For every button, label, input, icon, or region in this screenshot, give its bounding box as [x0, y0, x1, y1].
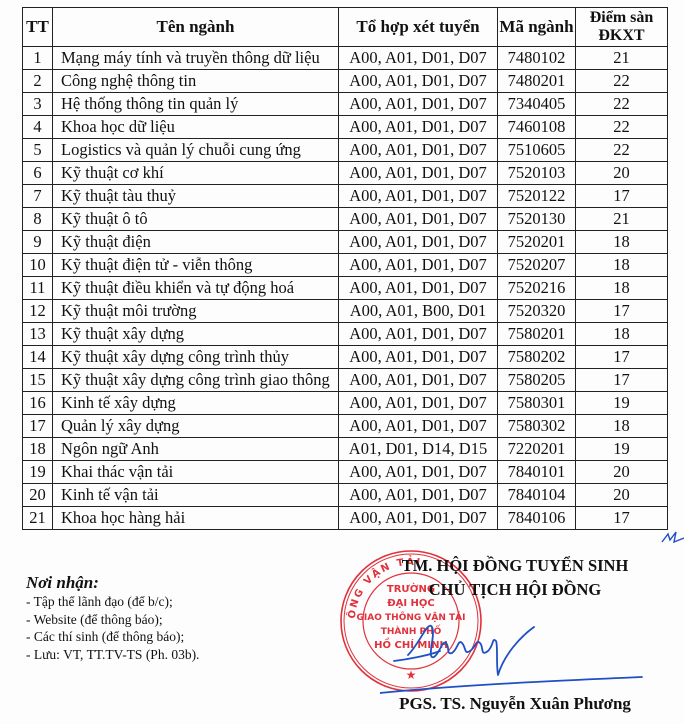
signature-title-line1: TM. HỘI ĐỒNG TUYỂN SINH — [360, 556, 670, 576]
min-score: 20 — [576, 484, 668, 507]
min-score: 17 — [576, 369, 668, 392]
subject-combo: A00, A01, B00, D01 — [339, 300, 498, 323]
major-name: Kỹ thuật xây dựng — [53, 323, 339, 346]
major-name: Kỹ thuật cơ khí — [53, 162, 339, 185]
major-code: 7460108 — [498, 116, 576, 139]
row-index: 9 — [23, 231, 53, 254]
subject-combo: A00, A01, D01, D07 — [339, 323, 498, 346]
recipients-title: Nơi nhận: — [26, 574, 199, 592]
major-name: Kinh tế vận tải — [53, 484, 339, 507]
major-name: Công nghệ thông tin — [53, 70, 339, 93]
min-score: 19 — [576, 392, 668, 415]
major-code: 7480102 — [498, 47, 576, 70]
table-row: 2Công nghệ thông tinA00, A01, D01, D0774… — [23, 70, 668, 93]
major-code: 7520216 — [498, 277, 576, 300]
subject-combo: A00, A01, D01, D07 — [339, 507, 498, 530]
subject-combo: A00, A01, D01, D07 — [339, 415, 498, 438]
header-tt: TT — [23, 8, 53, 47]
major-code: 7840101 — [498, 461, 576, 484]
row-index: 13 — [23, 323, 53, 346]
header-major-name: Tên ngành — [53, 8, 339, 47]
row-index: 16 — [23, 392, 53, 415]
major-code: 7340405 — [498, 93, 576, 116]
row-index: 14 — [23, 346, 53, 369]
table-row: 9Kỹ thuật điệnA00, A01, D01, D0775202011… — [23, 231, 668, 254]
min-score: 17 — [576, 300, 668, 323]
table-row: 10Kỹ thuật điện tử - viễn thôngA00, A01,… — [23, 254, 668, 277]
subject-combo: A00, A01, D01, D07 — [339, 116, 498, 139]
major-code: 7840104 — [498, 484, 576, 507]
min-score: 20 — [576, 162, 668, 185]
min-score: 18 — [576, 415, 668, 438]
row-index: 4 — [23, 116, 53, 139]
major-code: 7580202 — [498, 346, 576, 369]
major-name: Ngôn ngữ Anh — [53, 438, 339, 461]
handwritten-signature — [380, 615, 650, 695]
signature-title-line2: CHỦ TỊCH HỘI ĐỒNG — [360, 580, 670, 600]
table-row: 13Kỹ thuật xây dựngA00, A01, D01, D07758… — [23, 323, 668, 346]
major-code: 7520122 — [498, 185, 576, 208]
subject-combo: A00, A01, D01, D07 — [339, 231, 498, 254]
header-major-code: Mã ngành — [498, 8, 576, 47]
major-code: 7520320 — [498, 300, 576, 323]
row-index: 21 — [23, 507, 53, 530]
major-code: 7580201 — [498, 323, 576, 346]
table-header-row: TT Tên ngành Tổ hợp xét tuyển Mã ngành Đ… — [23, 8, 668, 47]
table-row: 7Kỹ thuật tàu thuỷA00, A01, D01, D077520… — [23, 185, 668, 208]
header-min-score: Điểm sàn ĐKXT — [576, 8, 668, 47]
header-min-score-line2: ĐKXT — [598, 27, 644, 44]
major-code: 7520201 — [498, 231, 576, 254]
major-name: Quản lý xây dựng — [53, 415, 339, 438]
major-code: 7580302 — [498, 415, 576, 438]
major-code: 7520130 — [498, 208, 576, 231]
major-name: Kỹ thuật điều khiển và tự động hoá — [53, 277, 339, 300]
subject-combo: A00, A01, D01, D07 — [339, 369, 498, 392]
min-score: 22 — [576, 139, 668, 162]
min-score: 22 — [576, 116, 668, 139]
min-score: 21 — [576, 47, 668, 70]
min-score: 18 — [576, 231, 668, 254]
table-row: 12Kỹ thuật môi trườngA00, A01, B00, D017… — [23, 300, 668, 323]
row-index: 7 — [23, 185, 53, 208]
subject-combo: A00, A01, D01, D07 — [339, 208, 498, 231]
major-name: Khoa học dữ liệu — [53, 116, 339, 139]
table-row: 11Kỹ thuật điều khiển và tự động hoáA00,… — [23, 277, 668, 300]
major-name: Logistics và quản lý chuỗi cung ứng — [53, 139, 339, 162]
table-row: 18Ngôn ngữ AnhA01, D01, D14, D1572202011… — [23, 438, 668, 461]
row-index: 6 — [23, 162, 53, 185]
row-index: 11 — [23, 277, 53, 300]
row-index: 1 — [23, 47, 53, 70]
subject-combo: A00, A01, D01, D07 — [339, 254, 498, 277]
major-code: 7520103 — [498, 162, 576, 185]
table-row: 1Mạng máy tính và truyền thông dữ liệuA0… — [23, 47, 668, 70]
major-code: 7840106 — [498, 507, 576, 530]
subject-combo: A00, A01, D01, D07 — [339, 93, 498, 116]
min-score: 22 — [576, 93, 668, 116]
min-score: 18 — [576, 277, 668, 300]
table-row: 20Kinh tế vận tảiA00, A01, D01, D0778401… — [23, 484, 668, 507]
min-score: 20 — [576, 461, 668, 484]
major-name: Kỹ thuật xây dựng công trình giao thông — [53, 369, 339, 392]
major-name: Hệ thống thông tin quản lý — [53, 93, 339, 116]
row-index: 17 — [23, 415, 53, 438]
recipient-item: - Các thí sinh (để thông báo); — [26, 628, 199, 646]
header-min-score-line1: Điểm sàn — [590, 9, 654, 26]
table-row: 15Kỹ thuật xây dựng công trình giao thôn… — [23, 369, 668, 392]
major-name: Mạng máy tính và truyền thông dữ liệu — [53, 47, 339, 70]
row-index: 12 — [23, 300, 53, 323]
min-score: 17 — [576, 185, 668, 208]
major-name: Kỹ thuật tàu thuỷ — [53, 185, 339, 208]
margin-initial-mark — [660, 528, 684, 548]
major-name: Kỹ thuật môi trường — [53, 300, 339, 323]
subject-combo: A00, A01, D01, D07 — [339, 346, 498, 369]
signer-name: PGS. TS. Nguyễn Xuân Phương — [360, 694, 670, 714]
subject-combo: A01, D01, D14, D15 — [339, 438, 498, 461]
row-index: 3 — [23, 93, 53, 116]
table-row: 4Khoa học dữ liệuA00, A01, D01, D0774601… — [23, 116, 668, 139]
table-row: 21Khoa học hàng hảiA00, A01, D01, D07784… — [23, 507, 668, 530]
table-row: 16Kinh tế xây dựngA00, A01, D01, D077580… — [23, 392, 668, 415]
recipient-item: - Tập thể lãnh đạo (để b/c); — [26, 593, 199, 611]
major-code: 7520207 — [498, 254, 576, 277]
table-body: 1Mạng máy tính và truyền thông dữ liệuA0… — [23, 47, 668, 530]
major-code: 7480201 — [498, 70, 576, 93]
row-index: 8 — [23, 208, 53, 231]
major-code: 7580205 — [498, 369, 576, 392]
row-index: 5 — [23, 139, 53, 162]
table-row: 8Kỹ thuật ô tôA00, A01, D01, D0775201302… — [23, 208, 668, 231]
row-index: 2 — [23, 70, 53, 93]
subject-combo: A00, A01, D01, D07 — [339, 461, 498, 484]
min-score: 21 — [576, 208, 668, 231]
header-subject-combo: Tổ hợp xét tuyển — [339, 8, 498, 47]
major-code: 7220201 — [498, 438, 576, 461]
row-index: 10 — [23, 254, 53, 277]
row-index: 18 — [23, 438, 53, 461]
major-name: Kỹ thuật xây dựng công trình thủy — [53, 346, 339, 369]
major-name: Kỹ thuật ô tô — [53, 208, 339, 231]
subject-combo: A00, A01, D01, D07 — [339, 392, 498, 415]
subject-combo: A00, A01, D01, D07 — [339, 70, 498, 93]
min-score: 18 — [576, 254, 668, 277]
admission-score-table: TT Tên ngành Tổ hợp xét tuyển Mã ngành Đ… — [22, 7, 668, 530]
major-code: 7510605 — [498, 139, 576, 162]
row-index: 19 — [23, 461, 53, 484]
subject-combo: A00, A01, D01, D07 — [339, 277, 498, 300]
major-name: Khai thác vận tải — [53, 461, 339, 484]
table-row: 17Quản lý xây dựngA00, A01, D01, D077580… — [23, 415, 668, 438]
min-score: 19 — [576, 438, 668, 461]
subject-combo: A00, A01, D01, D07 — [339, 139, 498, 162]
min-score: 22 — [576, 70, 668, 93]
row-index: 20 — [23, 484, 53, 507]
recipient-item: - Lưu: VT, TT.TV-TS (Ph. 03b). — [26, 646, 199, 664]
table-row: 6Kỹ thuật cơ khíA00, A01, D01, D07752010… — [23, 162, 668, 185]
min-score: 17 — [576, 346, 668, 369]
major-name: Khoa học hàng hải — [53, 507, 339, 530]
subject-combo: A00, A01, D01, D07 — [339, 162, 498, 185]
major-name: Kỹ thuật điện — [53, 231, 339, 254]
min-score: 17 — [576, 507, 668, 530]
major-name: Kỹ thuật điện tử - viễn thông — [53, 254, 339, 277]
table-row: 14Kỹ thuật xây dựng công trình thủyA00, … — [23, 346, 668, 369]
subject-combo: A00, A01, D01, D07 — [339, 484, 498, 507]
recipients-block: Nơi nhận: - Tập thể lãnh đạo (để b/c); -… — [26, 574, 199, 663]
major-code: 7580301 — [498, 392, 576, 415]
recipient-item: - Website (để thông báo); — [26, 611, 199, 629]
table-row: 5Logistics và quản lý chuỗi cung ứngA00,… — [23, 139, 668, 162]
table-row: 19Khai thác vận tảiA00, A01, D01, D07784… — [23, 461, 668, 484]
table-row: 3Hệ thống thông tin quản lýA00, A01, D01… — [23, 93, 668, 116]
major-name: Kinh tế xây dựng — [53, 392, 339, 415]
subject-combo: A00, A01, D01, D07 — [339, 185, 498, 208]
min-score: 18 — [576, 323, 668, 346]
row-index: 15 — [23, 369, 53, 392]
subject-combo: A00, A01, D01, D07 — [339, 47, 498, 70]
